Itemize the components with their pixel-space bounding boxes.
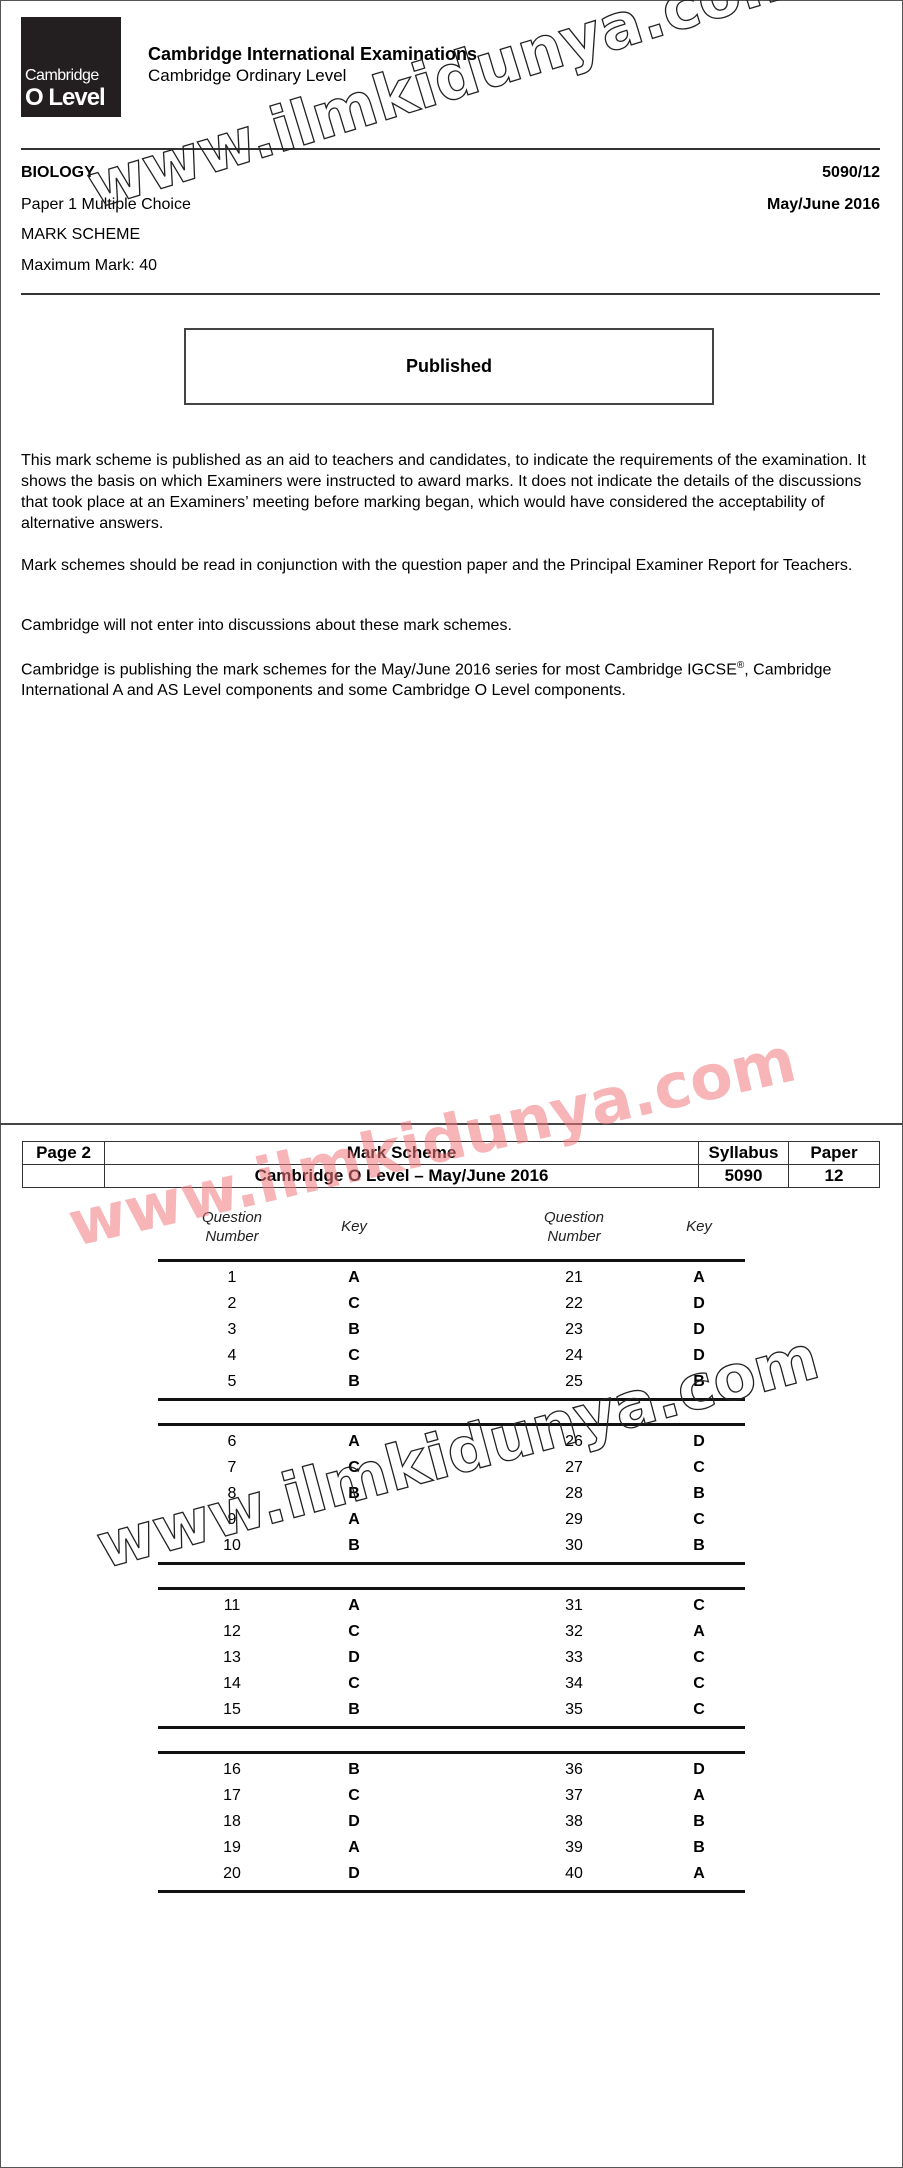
question-number: 14: [202, 1671, 262, 1697]
question-number: 5: [202, 1369, 262, 1395]
question-number: 35: [544, 1697, 604, 1723]
question-number: 16: [202, 1757, 262, 1783]
question-number: 27: [544, 1455, 604, 1481]
exam-session: May/June 2016: [767, 196, 880, 214]
table-row: 8B28B: [158, 1481, 745, 1507]
answer-key: A: [669, 1265, 729, 1291]
table-row: 12C32A: [158, 1619, 745, 1645]
table-row: 17C37A: [158, 1783, 745, 1809]
answer-key: C: [669, 1697, 729, 1723]
question-number: 30: [544, 1533, 604, 1559]
block-gap: [158, 1401, 745, 1423]
question-number: 2: [202, 1291, 262, 1317]
answer-key: B: [669, 1809, 729, 1835]
empty-cell: [23, 1165, 105, 1188]
table-row: 19A39B: [158, 1835, 745, 1861]
answer-key: B: [324, 1757, 384, 1783]
answer-key: D: [669, 1291, 729, 1317]
table-row: 2C22D: [158, 1291, 745, 1317]
table-rule: [158, 1890, 745, 1893]
answer-key: C: [324, 1671, 384, 1697]
question-number: 23: [544, 1317, 604, 1343]
question-number: 29: [544, 1507, 604, 1533]
divider: [21, 293, 880, 295]
question-number: 28: [544, 1481, 604, 1507]
org-subtitle: Cambridge Ordinary Level: [148, 65, 477, 86]
page-number: Page 2: [23, 1142, 105, 1165]
answer-key: C: [324, 1343, 384, 1369]
question-number: 3: [202, 1317, 262, 1343]
answer-key: A: [669, 1619, 729, 1645]
table-row: 18D38B: [158, 1809, 745, 1835]
key-header: Key: [324, 1217, 384, 1236]
answer-key: C: [669, 1507, 729, 1533]
answer-key: C: [324, 1455, 384, 1481]
question-number: 39: [544, 1835, 604, 1861]
document-type: MARK SCHEME: [21, 226, 140, 244]
answer-key: D: [324, 1809, 384, 1835]
question-number: 11: [202, 1593, 262, 1619]
answer-key: C: [669, 1455, 729, 1481]
answer-key: B: [324, 1697, 384, 1723]
question-number: 19: [202, 1835, 262, 1861]
question-number: 24: [544, 1343, 604, 1369]
question-number: 7: [202, 1455, 262, 1481]
answer-key: C: [324, 1783, 384, 1809]
logo-line-2: O Level: [25, 85, 121, 111]
answer-block: 1A21A2C22D3B23D4C24D5B25B: [158, 1262, 745, 1398]
header-title: Mark Scheme: [105, 1142, 699, 1165]
publishing-paragraph: Cambridge is publishing the mark schemes…: [21, 655, 883, 701]
answer-block: 6A26D7C27C8B28B9A29C10B30B: [158, 1426, 745, 1562]
answer-key: B: [669, 1835, 729, 1861]
table-row: 20D40A: [158, 1861, 745, 1887]
question-number: 20: [202, 1861, 262, 1887]
question-number: 12: [202, 1619, 262, 1645]
published-label: Published: [406, 356, 492, 377]
answer-block: 11A31C12C32A13D33C14C34C15B35C: [158, 1590, 745, 1726]
organization-heading: Cambridge International Examinations Cam…: [148, 44, 477, 86]
subject: BIOLOGY: [21, 164, 95, 182]
question-number: 31: [544, 1593, 604, 1619]
table-row: 4C24D: [158, 1343, 745, 1369]
answer-key: B: [324, 1317, 384, 1343]
answer-key: C: [324, 1619, 384, 1645]
block-gap: [158, 1565, 745, 1587]
question-number: 33: [544, 1645, 604, 1671]
published-box: Published: [184, 328, 714, 405]
question-number: 32: [544, 1619, 604, 1645]
question-number: 17: [202, 1783, 262, 1809]
answer-key: B: [669, 1533, 729, 1559]
table-row: 13D33C: [158, 1645, 745, 1671]
table-row: 9A29C: [158, 1507, 745, 1533]
answer-key: C: [324, 1291, 384, 1317]
question-number: 10: [202, 1533, 262, 1559]
question-number: 22: [544, 1291, 604, 1317]
page-header-table: Page 2 Mark Scheme Syllabus Paper Cambri…: [22, 1141, 880, 1188]
table-row: 1A21A: [158, 1265, 745, 1291]
table-row: 15B35C: [158, 1697, 745, 1723]
answer-key: A: [669, 1783, 729, 1809]
intro-paragraph: This mark scheme is published as an aid …: [21, 450, 883, 534]
answer-key: A: [669, 1861, 729, 1887]
answer-key: A: [324, 1507, 384, 1533]
question-number: 37: [544, 1783, 604, 1809]
question-header-line1: Question: [202, 1209, 262, 1226]
question-number: 18: [202, 1809, 262, 1835]
question-number: 36: [544, 1757, 604, 1783]
answer-key: D: [669, 1343, 729, 1369]
answer-key: C: [669, 1645, 729, 1671]
org-title: Cambridge International Examinations: [148, 44, 477, 65]
question-number: 25: [544, 1369, 604, 1395]
discussion-paragraph: Cambridge will not enter into discussion…: [21, 615, 883, 636]
table-row: 14C34C: [158, 1671, 745, 1697]
answer-key-header: QuestionNumber Key QuestionNumber Key: [158, 1205, 745, 1259]
question-number: 15: [202, 1697, 262, 1723]
question-header-line2: Number: [547, 1228, 600, 1245]
syllabus-code: 5090/12: [822, 164, 880, 182]
answer-key: B: [669, 1369, 729, 1395]
question-number: 26: [544, 1429, 604, 1455]
question-number: 9: [202, 1507, 262, 1533]
paper-label: Paper: [789, 1142, 880, 1165]
question-number-header: QuestionNumber: [182, 1208, 282, 1246]
table-row: 5B25B: [158, 1369, 745, 1395]
question-number: 21: [544, 1265, 604, 1291]
answer-key-table: QuestionNumber Key QuestionNumber Key 1A…: [158, 1205, 745, 1893]
answer-key: B: [324, 1481, 384, 1507]
question-number: 6: [202, 1429, 262, 1455]
answer-key: D: [324, 1861, 384, 1887]
syllabus-label: Syllabus: [699, 1142, 789, 1165]
question-number-header-2: QuestionNumber: [524, 1208, 624, 1246]
table-row: 10B30B: [158, 1533, 745, 1559]
question-number: 38: [544, 1809, 604, 1835]
table-row: 11A31C: [158, 1593, 745, 1619]
question-number: 1: [202, 1265, 262, 1291]
key-header-2: Key: [669, 1217, 729, 1236]
answer-key: A: [324, 1429, 384, 1455]
answer-block: 16B36D17C37A18D38B19A39B20D40A: [158, 1754, 745, 1890]
answer-key: C: [669, 1593, 729, 1619]
answer-key: B: [324, 1369, 384, 1395]
answer-key: B: [324, 1533, 384, 1559]
answer-key: D: [324, 1645, 384, 1671]
maximum-mark: Maximum Mark: 40: [21, 257, 157, 275]
logo-line-1: Cambridge: [25, 66, 121, 85]
paper-value: 12: [789, 1165, 880, 1188]
table-row: 3B23D: [158, 1317, 745, 1343]
table-row: 6A26D: [158, 1429, 745, 1455]
question-number: 8: [202, 1481, 262, 1507]
answer-key: A: [324, 1593, 384, 1619]
question-number: 13: [202, 1645, 262, 1671]
table-row: 16B36D: [158, 1757, 745, 1783]
publishing-text: Cambridge is publishing the mark schemes…: [21, 661, 737, 678]
paper-name: Paper 1 Multiple Choice: [21, 196, 191, 214]
question-header-line2: Number: [205, 1228, 258, 1245]
table-row: 7C27C: [158, 1455, 745, 1481]
divider: [21, 148, 880, 150]
header-subtitle: Cambridge O Level – May/June 2016: [105, 1165, 699, 1188]
conjunction-paragraph: Mark schemes should be read in conjuncti…: [21, 555, 883, 576]
question-number: 40: [544, 1861, 604, 1887]
question-header-line1: Question: [544, 1209, 604, 1226]
block-gap: [158, 1729, 745, 1751]
answer-key: D: [669, 1757, 729, 1783]
question-number: 4: [202, 1343, 262, 1369]
answer-key: D: [669, 1429, 729, 1455]
answer-key: A: [324, 1265, 384, 1291]
syllabus-value: 5090: [699, 1165, 789, 1188]
question-number: 34: [544, 1671, 604, 1697]
answer-key: D: [669, 1317, 729, 1343]
cambridge-o-level-logo: Cambridge O Level: [21, 17, 121, 117]
answer-key: B: [669, 1481, 729, 1507]
answer-key: A: [324, 1835, 384, 1861]
page-divider: [0, 1123, 903, 1125]
answer-key: C: [669, 1671, 729, 1697]
